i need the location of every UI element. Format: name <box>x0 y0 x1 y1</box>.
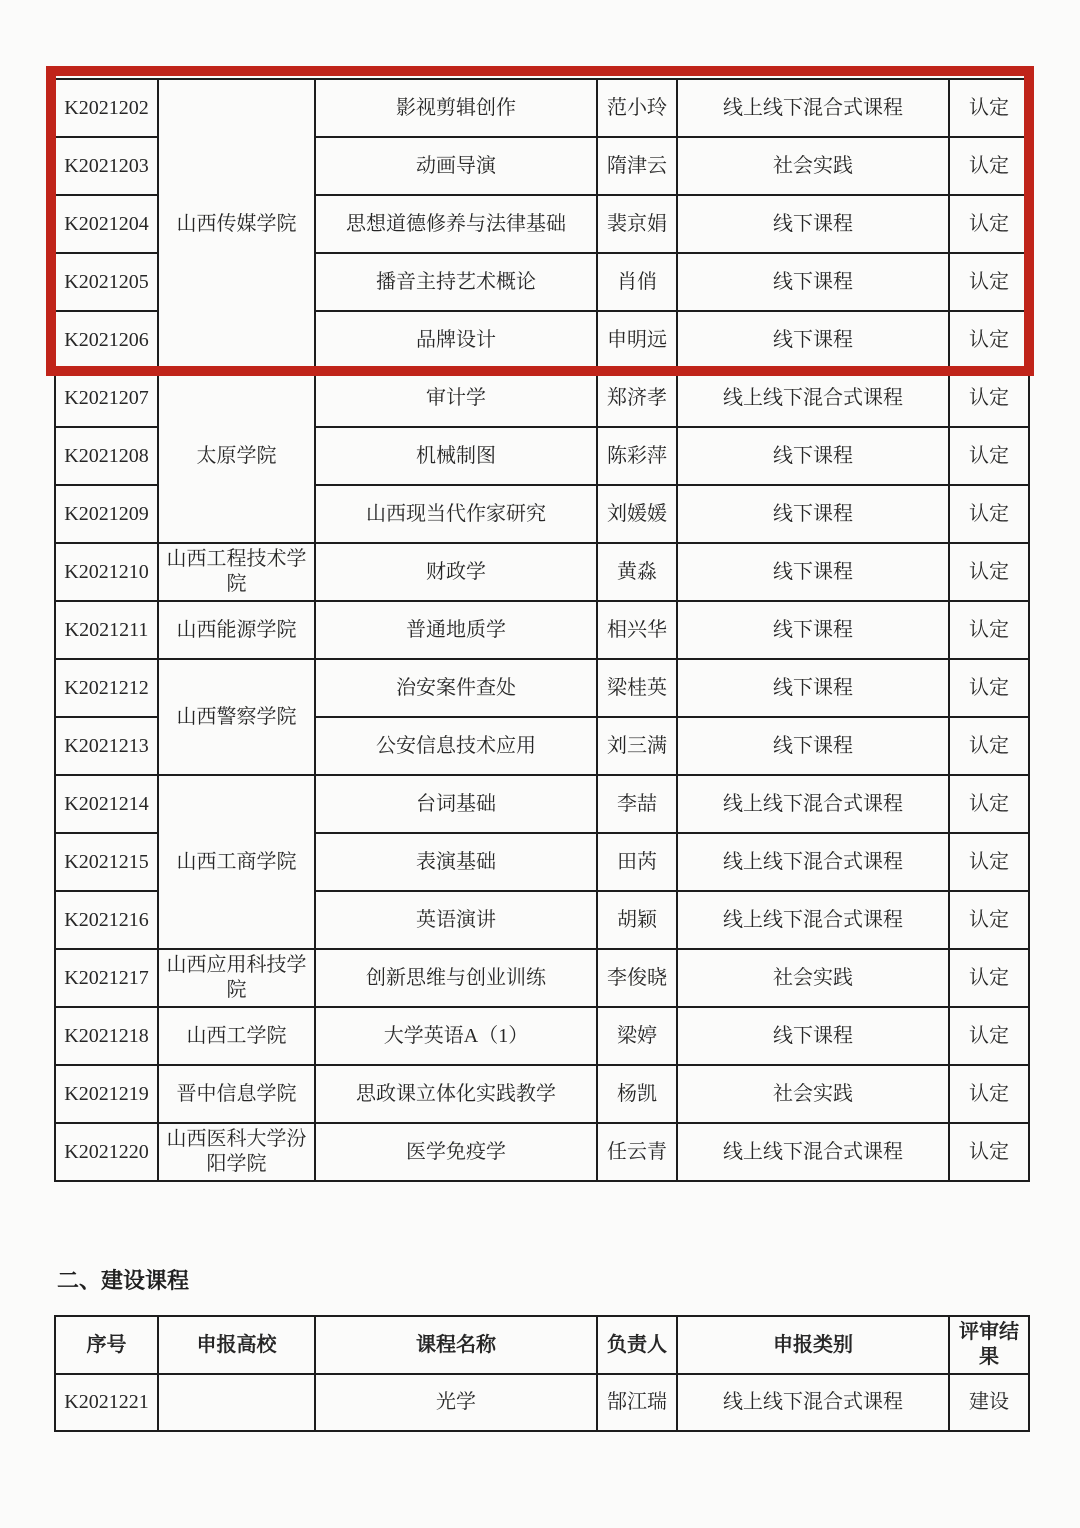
cell-leader: 任云青 <box>597 1123 677 1181</box>
table-row: K2021217 山西应用科技学院 创新思维与创业训练 李俊晓 社会实践 认定 <box>55 949 1029 1007</box>
cell-course: 审计学 <box>315 369 597 427</box>
header-result: 评审结果 <box>949 1316 1029 1374</box>
cell-result: 认定 <box>949 369 1029 427</box>
cell-category: 线上线下混合式课程 <box>677 369 949 427</box>
cell-course: 播音主持艺术概论 <box>315 253 597 311</box>
cell-category: 线下课程 <box>677 427 949 485</box>
cell-category: 线下课程 <box>677 659 949 717</box>
cell-course: 思政课立体化实践教学 <box>315 1065 597 1123</box>
cell-result: 认定 <box>949 891 1029 949</box>
table-row: K2021218 山西工学院 大学英语A（1） 梁婷 线下课程 认定 <box>55 1007 1029 1065</box>
cell-school: 山西工学院 <box>158 1007 315 1065</box>
cell-school: 山西传媒学院 <box>158 79 315 369</box>
cell-course: 医学免疫学 <box>315 1123 597 1181</box>
table-row: K2021202 山西传媒学院 影视剪辑创作 范小玲 线上线下混合式课程 认定 <box>55 79 1029 137</box>
cell-category: 线下课程 <box>677 1007 949 1065</box>
cell-id: K2021216 <box>55 891 158 949</box>
cell-result: 认定 <box>949 195 1029 253</box>
cell-course: 光学 <box>315 1374 597 1431</box>
cell-result: 认定 <box>949 543 1029 601</box>
cell-result: 认定 <box>949 601 1029 659</box>
cell-course: 财政学 <box>315 543 597 601</box>
cell-leader: 范小玲 <box>597 79 677 137</box>
cell-leader: 梁婷 <box>597 1007 677 1065</box>
cell-id: K2021207 <box>55 369 158 427</box>
table-row: K2021210 山西工程技术学院 财政学 黄淼 线下课程 认定 <box>55 543 1029 601</box>
cell-result: 认定 <box>949 1123 1029 1181</box>
cell-leader: 刘三满 <box>597 717 677 775</box>
cell-school: 太原学院 <box>158 369 315 543</box>
header-course: 课程名称 <box>315 1316 597 1374</box>
cell-school: 山西工商学院 <box>158 775 315 949</box>
cell-result: 认定 <box>949 1007 1029 1065</box>
cell-result: 认定 <box>949 253 1029 311</box>
cell-leader: 陈彩萍 <box>597 427 677 485</box>
cell-result: 认定 <box>949 79 1029 137</box>
cell-leader: 梁桂英 <box>597 659 677 717</box>
header-id: 序号 <box>55 1316 158 1374</box>
cell-category: 线下课程 <box>677 311 949 369</box>
cell-result: 认定 <box>949 833 1029 891</box>
cell-id: K2021211 <box>55 601 158 659</box>
cell-leader: 相兴华 <box>597 601 677 659</box>
cell-school: 山西工程技术学院 <box>158 543 315 601</box>
cell-course: 台词基础 <box>315 775 597 833</box>
cell-category: 线下课程 <box>677 543 949 601</box>
cell-result: 认定 <box>949 949 1029 1007</box>
cell-course: 动画导演 <box>315 137 597 195</box>
cell-leader: 田芮 <box>597 833 677 891</box>
cell-id: K2021217 <box>55 949 158 1007</box>
cell-category: 线上线下混合式课程 <box>677 891 949 949</box>
cell-result: 认定 <box>949 137 1029 195</box>
cell-id: K2021212 <box>55 659 158 717</box>
table-row: K2021219 晋中信息学院 思政课立体化实践教学 杨凯 社会实践 认定 <box>55 1065 1029 1123</box>
cell-category: 社会实践 <box>677 137 949 195</box>
cell-category: 线下课程 <box>677 717 949 775</box>
cell-category: 线下课程 <box>677 195 949 253</box>
cell-course: 英语演讲 <box>315 891 597 949</box>
cell-course: 思想道德修养与法律基础 <box>315 195 597 253</box>
cell-category: 社会实践 <box>677 949 949 1007</box>
table-row: K2021221 光学 郜江瑞 线上线下混合式课程 建设 <box>55 1374 1029 1431</box>
cell-id: K2021215 <box>55 833 158 891</box>
cell-id: K2021205 <box>55 253 158 311</box>
cell-leader: 郜江瑞 <box>597 1374 677 1431</box>
table-row: K2021214 山西工商学院 台词基础 李喆 线上线下混合式课程 认定 <box>55 775 1029 833</box>
cell-leader: 李喆 <box>597 775 677 833</box>
cell-id: K2021220 <box>55 1123 158 1181</box>
cell-course: 影视剪辑创作 <box>315 79 597 137</box>
table-row: K2021207 太原学院 审计学 郑济孝 线上线下混合式课程 认定 <box>55 369 1029 427</box>
cell-result: 认定 <box>949 485 1029 543</box>
header-school: 申报高校 <box>158 1316 315 1374</box>
cell-leader: 肖俏 <box>597 253 677 311</box>
cell-category: 线上线下混合式课程 <box>677 1123 949 1181</box>
cell-school: 山西医科大学汾阳学院 <box>158 1123 315 1181</box>
cell-course: 表演基础 <box>315 833 597 891</box>
cell-leader: 申明远 <box>597 311 677 369</box>
cell-id: K2021210 <box>55 543 158 601</box>
construction-courses-table: 序号 申报高校 课程名称 负责人 申报类别 评审结果 K2021221 光学 郜… <box>54 1315 1030 1432</box>
cell-category: 线下课程 <box>677 601 949 659</box>
cell-course: 公安信息技术应用 <box>315 717 597 775</box>
cell-id: K2021203 <box>55 137 158 195</box>
cell-result: 认定 <box>949 659 1029 717</box>
cell-result: 认定 <box>949 775 1029 833</box>
table-row: K2021220 山西医科大学汾阳学院 医学免疫学 任云青 线上线下混合式课程 … <box>55 1123 1029 1181</box>
cell-id: K2021221 <box>55 1374 158 1431</box>
cell-leader: 黄淼 <box>597 543 677 601</box>
cell-category: 线下课程 <box>677 485 949 543</box>
recognized-courses-table: K2021202 山西传媒学院 影视剪辑创作 范小玲 线上线下混合式课程 认定 … <box>54 78 1030 1182</box>
cell-id: K2021218 <box>55 1007 158 1065</box>
cell-course: 品牌设计 <box>315 311 597 369</box>
table-row: K2021212 山西警察学院 治安案件查处 梁桂英 线下课程 认定 <box>55 659 1029 717</box>
cell-result: 认定 <box>949 311 1029 369</box>
cell-category: 线上线下混合式课程 <box>677 775 949 833</box>
cell-leader: 李俊晓 <box>597 949 677 1007</box>
section-2-heading: 二、建设课程 <box>57 1264 189 1295</box>
table-header-row: 序号 申报高校 课程名称 负责人 申报类别 评审结果 <box>55 1316 1029 1374</box>
cell-school <box>158 1374 315 1431</box>
cell-leader: 刘媛媛 <box>597 485 677 543</box>
cell-result: 认定 <box>949 717 1029 775</box>
cell-id: K2021213 <box>55 717 158 775</box>
cell-school: 山西警察学院 <box>158 659 315 775</box>
cell-leader: 杨凯 <box>597 1065 677 1123</box>
cell-result: 认定 <box>949 427 1029 485</box>
cell-id: K2021209 <box>55 485 158 543</box>
cell-course: 治安案件查处 <box>315 659 597 717</box>
cell-school: 山西应用科技学院 <box>158 949 315 1007</box>
cell-course: 普通地质学 <box>315 601 597 659</box>
cell-course: 机械制图 <box>315 427 597 485</box>
cell-category: 线上线下混合式课程 <box>677 1374 949 1431</box>
cell-result: 认定 <box>949 1065 1029 1123</box>
cell-id: K2021214 <box>55 775 158 833</box>
cell-id: K2021208 <box>55 427 158 485</box>
cell-id: K2021204 <box>55 195 158 253</box>
cell-leader: 隋津云 <box>597 137 677 195</box>
cell-school: 晋中信息学院 <box>158 1065 315 1123</box>
cell-category: 线上线下混合式课程 <box>677 833 949 891</box>
cell-school: 山西能源学院 <box>158 601 315 659</box>
cell-course: 山西现当代作家研究 <box>315 485 597 543</box>
cell-id: K2021219 <box>55 1065 158 1123</box>
cell-leader: 胡颖 <box>597 891 677 949</box>
table-row: K2021211 山西能源学院 普通地质学 相兴华 线下课程 认定 <box>55 601 1029 659</box>
header-category: 申报类别 <box>677 1316 949 1374</box>
cell-category: 线下课程 <box>677 253 949 311</box>
cell-course: 大学英语A（1） <box>315 1007 597 1065</box>
cell-leader: 郑济孝 <box>597 369 677 427</box>
header-leader: 负责人 <box>597 1316 677 1374</box>
cell-category: 社会实践 <box>677 1065 949 1123</box>
cell-leader: 裴京娟 <box>597 195 677 253</box>
cell-id: K2021206 <box>55 311 158 369</box>
cell-category: 线上线下混合式课程 <box>677 79 949 137</box>
cell-result: 建设 <box>949 1374 1029 1431</box>
cell-course: 创新思维与创业训练 <box>315 949 597 1007</box>
cell-id: K2021202 <box>55 79 158 137</box>
